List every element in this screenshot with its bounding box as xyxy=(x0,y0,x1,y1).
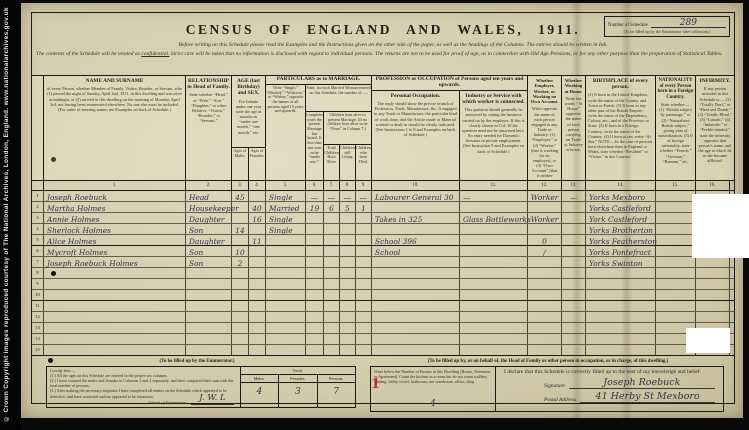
cell-employer: 0 xyxy=(528,235,562,245)
cell-age_m xyxy=(232,301,249,311)
cell-born xyxy=(324,290,340,300)
cell-relationship xyxy=(186,334,232,344)
cell-age_m xyxy=(232,290,249,300)
cell-employer xyxy=(528,279,562,289)
cell-marriage: Single xyxy=(266,213,306,223)
header-relationship-column: RELATIONSHIP to Head of Family. State wh… xyxy=(186,76,232,180)
handwritten-entry: School 396 xyxy=(375,237,417,246)
handwritten-entry: — xyxy=(328,193,335,202)
declaration-text: I declare that this Schedule is correctl… xyxy=(504,369,715,375)
cell-age_m: 2 xyxy=(232,257,249,267)
column-number: 13. xyxy=(562,181,586,190)
handwritten-entry: Daughter xyxy=(189,215,224,224)
cell-born: 6 xyxy=(324,202,340,212)
column-number: 6. xyxy=(306,181,324,190)
header-occupation-group: PROFESSION or OCCUPATION of Persons aged… xyxy=(372,76,528,180)
cell-occupation: School 396 xyxy=(372,235,460,245)
totals-persons-label: Persons. xyxy=(318,375,355,383)
cell-years xyxy=(306,257,324,267)
occupation-group-title: PROFESSION or OCCUPATION of Persons aged… xyxy=(372,76,527,91)
cell-died xyxy=(356,301,372,311)
cell-living xyxy=(340,345,356,355)
cell-industry xyxy=(460,301,528,311)
cell-age_m xyxy=(232,213,249,223)
cell-age_m xyxy=(232,202,249,212)
cell-died xyxy=(356,312,372,322)
cell-living xyxy=(340,213,356,223)
handwritten-entry: Takes in 325 xyxy=(375,215,422,224)
cell-marriage: Single xyxy=(266,191,306,201)
cell-age_f: 16 xyxy=(249,213,266,223)
rooms-cell: Write below the Number of Rooms in this … xyxy=(371,367,496,411)
cell-relationship: Son xyxy=(186,246,232,256)
cell-name: Martha Holmes xyxy=(44,202,186,212)
handwritten-entry: Sherlock Holmes xyxy=(47,226,111,235)
cell-birthplace: Yorks Featherston xyxy=(586,235,656,245)
census-schedule-paper: CENSUS OF ENGLAND AND WALES, 1911. Numbe… xyxy=(21,3,743,418)
cell-industry xyxy=(460,290,528,300)
schedule-rows: 1Joseph RoebuckHead45Single————Labourer … xyxy=(32,191,734,356)
enumerator-section: (To be filled up by the Enumerator.) I c… xyxy=(32,359,362,415)
signature-label: Signature xyxy=(544,383,565,389)
cell-marriage xyxy=(266,235,306,245)
cell-occupation xyxy=(372,345,460,355)
cell-at_home xyxy=(562,246,586,256)
cell-employer: Worker xyxy=(528,191,562,201)
cell-age_f xyxy=(249,312,266,322)
table-row: 6Mycroft HolmesSon10School/Yorks Pontefr… xyxy=(32,246,734,257)
cell-employer xyxy=(528,323,562,333)
cell-age_f xyxy=(249,191,266,201)
column-number: 8. xyxy=(340,181,356,190)
enumerator-box: I certify that:— (1.) All the ages on th… xyxy=(46,366,356,408)
cell-employer xyxy=(528,202,562,212)
cell-nationality xyxy=(656,202,696,212)
cell-name xyxy=(44,301,186,311)
handwritten-entry: Yorks Featherston xyxy=(589,237,657,246)
handwritten-entry: — xyxy=(463,193,470,202)
cell-industry: — xyxy=(460,191,528,201)
cell-years xyxy=(306,334,324,344)
children-born-label: Total Children Born Alive. xyxy=(324,145,340,180)
column-number: 7. xyxy=(324,181,340,190)
handwritten-entry: Mycroft Holmes xyxy=(47,248,107,257)
handwritten-entry: Martha Holmes xyxy=(47,204,105,213)
cell-nationality xyxy=(656,224,696,234)
cell-name xyxy=(44,279,186,289)
cell-employer xyxy=(528,257,562,267)
cell-born: — xyxy=(324,191,340,201)
cell-birthplace xyxy=(586,323,656,333)
cell-living: 5 xyxy=(340,202,356,212)
cell-occupation xyxy=(372,312,460,322)
cell-infirmity xyxy=(696,312,730,322)
cell-age_f xyxy=(249,257,266,267)
cell-at_home xyxy=(562,213,586,223)
cell-occupation xyxy=(372,279,460,289)
table-row: 13 xyxy=(32,323,734,334)
cell-employer xyxy=(528,268,562,278)
cell-at_home xyxy=(562,334,586,344)
totals-table: Total. Males. 4 Females. 3 xyxy=(240,367,355,407)
column-number: 14. xyxy=(586,181,656,190)
totals-males-value: 4 xyxy=(241,383,278,407)
handwritten-entry: School xyxy=(375,248,400,257)
handwritten-entry: 45 xyxy=(235,193,244,202)
column-number: 10. xyxy=(372,181,460,190)
enumerator-initials: J. W. L xyxy=(191,393,233,405)
cell-employer xyxy=(528,312,562,322)
cell-age_f: 40 xyxy=(249,202,266,212)
schedule-number-box: Number of Schedule 289 (To be filled up … xyxy=(604,16,730,37)
cell-died xyxy=(356,235,372,245)
cell-died xyxy=(356,345,372,355)
address-value: 41 Herby St Mexboro xyxy=(580,392,715,403)
handwritten-entry: Yorks Pontefract xyxy=(589,248,651,257)
cell-born xyxy=(324,257,340,267)
cell-marriage xyxy=(266,334,306,344)
cell-occupation xyxy=(372,290,460,300)
cell-years xyxy=(306,213,324,223)
cell-relationship xyxy=(186,312,232,322)
column-title: Whether Employer, Worker, or Working on … xyxy=(528,76,561,105)
cell-born xyxy=(324,312,340,322)
handwritten-entry: 40 xyxy=(252,204,261,213)
instruction-line-2: The contents of the Schedule will be tre… xyxy=(36,51,728,58)
cell-age_m: 10 xyxy=(232,246,249,256)
cell-name xyxy=(44,345,186,355)
column-number: 12. xyxy=(528,181,562,190)
cell-nationality xyxy=(656,235,696,245)
cell-years xyxy=(306,246,324,256)
schedule-number-label: Number of Schedule xyxy=(608,23,648,28)
table-header: NAME AND SURNAME of every Person, whethe… xyxy=(32,75,734,181)
cell-occupation xyxy=(372,202,460,212)
cell-birthplace xyxy=(586,290,656,300)
cell-living xyxy=(340,235,356,245)
cell-employer xyxy=(528,290,562,300)
cell-birthplace: Yorks Swinton xyxy=(586,257,656,267)
cell-born xyxy=(324,268,340,278)
cell-relationship xyxy=(186,345,232,355)
cell-living xyxy=(340,224,356,234)
enumerator-caption: (To be filled up by the Enumerator.) xyxy=(32,359,362,364)
schedule-number-note: (To be filled up by the Enumerator after… xyxy=(608,29,726,34)
cell-living xyxy=(340,279,356,289)
totals-title: Total. xyxy=(241,367,355,375)
cell-marriage: Single xyxy=(266,224,306,234)
cell-nationality xyxy=(656,301,696,311)
row-number: 7 xyxy=(32,257,44,267)
handwritten-entry: 11 xyxy=(252,237,261,246)
row-number: 5 xyxy=(32,235,44,245)
table-row: 5Alice HolmesDaughter11School 3960Yorks … xyxy=(32,235,734,246)
cell-age_m xyxy=(232,279,249,289)
handwritten-entry: Daughter xyxy=(189,237,224,246)
handwritten-entry: 1 xyxy=(361,204,366,213)
handwritten-entry: Single xyxy=(269,193,293,202)
rooms-value: 4 xyxy=(430,399,436,410)
column-number-row: 1.2.3.4.5.6.7.8.9.10.11.12.13.14.15.16. xyxy=(32,181,734,191)
children-note: Children born alive to present Marriage.… xyxy=(324,112,371,145)
row-number: 3 xyxy=(32,213,44,223)
table-row: 7Joseph Roebuck HolmesSon2Yorks Swinton xyxy=(32,257,734,268)
cell-at_home xyxy=(562,301,586,311)
cell-marriage xyxy=(266,345,306,355)
age-females-label: Ages of Females. xyxy=(249,148,265,180)
column-title: BIRTHPLACE of every person. xyxy=(586,76,655,91)
cell-age_m xyxy=(232,334,249,344)
handwritten-entry: 0 xyxy=(542,237,547,246)
schedule-frame: CENSUS OF ENGLAND AND WALES, 1911. Numbe… xyxy=(31,12,735,404)
column-note: (1) If born in the United Kingdom, write… xyxy=(586,91,655,160)
cell-age_f xyxy=(249,290,266,300)
cell-living xyxy=(340,268,356,278)
handwritten-entry: 16 xyxy=(252,215,261,224)
cell-years xyxy=(306,345,324,355)
cell-born xyxy=(324,235,340,245)
cell-born xyxy=(324,279,340,289)
cell-marriage xyxy=(266,312,306,322)
confidential-prefix: The contents of the Schedule will be tre… xyxy=(36,51,141,57)
cell-name: Joseph Roebuck xyxy=(44,191,186,201)
cell-relationship: Son xyxy=(186,224,232,234)
cell-employer: / xyxy=(528,246,562,256)
cell-died xyxy=(356,323,372,333)
cell-died xyxy=(356,290,372,300)
table-row: 14 xyxy=(32,334,734,345)
cell-occupation: Labourer General 30 xyxy=(372,191,460,201)
column-number: 16. xyxy=(696,181,730,190)
cell-age_m xyxy=(232,235,249,245)
cell-age_m: 14 xyxy=(232,224,249,234)
cell-industry xyxy=(460,257,528,267)
table-row: 11 xyxy=(32,301,734,312)
handwritten-entry: 5 xyxy=(345,204,350,213)
totals-females-value: 3 xyxy=(279,383,316,407)
handwritten-entry: Yorks Brotherton xyxy=(589,226,653,235)
cell-born xyxy=(324,323,340,333)
handwritten-entry: 10 xyxy=(235,248,244,257)
copyright-text: © Crown Copyright images reproduced cour… xyxy=(3,8,10,422)
column-number: 4. xyxy=(249,181,266,190)
table-row: 2Martha HolmesHousekeeper40Married19651Y… xyxy=(32,202,734,213)
cell-at_home xyxy=(562,312,586,322)
cell-relationship: Daughter xyxy=(186,213,232,223)
cell-industry xyxy=(460,268,528,278)
cell-industry xyxy=(460,345,528,355)
totals-males-label: Males. xyxy=(241,375,278,383)
column-note: Write opposite the name of each person e… xyxy=(528,105,561,180)
cell-died xyxy=(356,268,372,278)
cell-died: 1 xyxy=(356,202,372,212)
cell-industry xyxy=(460,312,528,322)
cell-years xyxy=(306,312,324,322)
cell-nationality xyxy=(656,279,696,289)
header-nationality-column: NATIONALITY of every Person born in a Fo… xyxy=(656,76,696,180)
cell-years xyxy=(306,323,324,333)
handwritten-entry: Head xyxy=(189,193,209,202)
column-note: For Infants under one year state the age… xyxy=(232,98,265,147)
column-title: NAME AND SURNAME xyxy=(44,76,185,85)
row-number: 11 xyxy=(32,301,44,311)
column-title: Personal Occupation. xyxy=(372,91,459,100)
cell-living xyxy=(340,323,356,333)
handwritten-entry: Joseph Roebuck xyxy=(47,193,107,202)
cell-name: Mycroft Holmes xyxy=(44,246,186,256)
householder-section: (To be filled up by, or on behalf of, th… xyxy=(362,359,734,415)
cell-living: — xyxy=(340,191,356,201)
certification-section: (To be filled up by the Enumerator.) I c… xyxy=(32,356,734,415)
cell-birthplace xyxy=(586,345,656,355)
handwritten-entry: — xyxy=(311,193,318,202)
column-title: Industry or Service with which worker is… xyxy=(460,91,527,106)
cell-name: Annie Holmes xyxy=(44,213,186,223)
cell-age_m xyxy=(232,268,249,278)
cell-industry xyxy=(460,224,528,234)
header-rownum-column xyxy=(32,76,44,180)
row-number: 2 xyxy=(32,202,44,212)
cell-occupation xyxy=(372,224,460,234)
cell-born xyxy=(324,345,340,355)
cell-relationship xyxy=(186,290,232,300)
cell-birthplace xyxy=(586,301,656,311)
certify-item-2: (2.) I have counted the males and female… xyxy=(50,378,237,388)
handwritten-entry: Glass Bottleworks xyxy=(463,215,531,224)
cell-born xyxy=(324,213,340,223)
rooms-note: Write below the Number of Rooms in this … xyxy=(374,369,491,384)
column-title: NATIONALITY of every Person born in a Fo… xyxy=(656,76,695,101)
scan-redaction-patch xyxy=(692,194,749,258)
handwritten-entry: Son xyxy=(189,226,203,235)
column-note: Write the words “At Home” opposite the n… xyxy=(562,95,585,154)
cell-died xyxy=(356,224,372,234)
column-number: 2. xyxy=(186,181,232,190)
column-note: State whether “Head,” or “Wife,” “Son,” … xyxy=(186,91,231,124)
cell-infirmity xyxy=(696,257,730,267)
handwritten-entry: Joseph Roebuck Holmes xyxy=(47,259,138,268)
row-number: 1 xyxy=(32,191,44,201)
header-infirmity-column: INFIRMITY. If any person included in thi… xyxy=(696,76,734,180)
cell-years xyxy=(306,301,324,311)
cell-birthplace xyxy=(586,334,656,344)
cell-nationality xyxy=(656,312,696,322)
cell-born xyxy=(324,301,340,311)
cell-industry: Glass Bottleworks xyxy=(460,213,528,223)
cell-marriage: Married xyxy=(266,202,306,212)
handwritten-entry: Son xyxy=(189,259,203,268)
signature-value: Joseph Roebuck xyxy=(569,378,715,389)
cell-at_home xyxy=(562,257,586,267)
cell-marriage xyxy=(266,268,306,278)
table-row: 9 xyxy=(32,279,734,290)
cell-occupation: School xyxy=(372,246,460,256)
cell-age_f xyxy=(249,224,266,234)
handwritten-entry: 6 xyxy=(329,204,334,213)
cell-age_m xyxy=(232,323,249,333)
cell-employer xyxy=(528,334,562,344)
handwritten-entry: Labourer General 30 xyxy=(375,193,454,202)
cell-years xyxy=(306,235,324,245)
header-age-column: AGE (last Birthday) and SEX. For Infants… xyxy=(232,76,266,180)
cell-age_m: 45 xyxy=(232,191,249,201)
instruction-line-1: Before writing on this Schedule please r… xyxy=(92,42,694,48)
cell-at_home xyxy=(562,345,586,355)
column-number: 11. xyxy=(460,181,528,190)
cell-name xyxy=(44,323,186,333)
handwritten-entry: Son xyxy=(189,248,203,257)
cell-living xyxy=(340,246,356,256)
cell-age_f xyxy=(249,279,266,289)
cell-relationship: Son xyxy=(186,257,232,267)
cell-years xyxy=(306,290,324,300)
cell-at_home xyxy=(562,323,586,333)
row-number: 15 xyxy=(32,345,44,355)
cell-name xyxy=(44,290,186,300)
cell-age_f: 11 xyxy=(249,235,266,245)
marriage-years-note: Completed years the present Marriage has… xyxy=(306,112,324,180)
cell-nationality xyxy=(656,290,696,300)
row-number: 8 xyxy=(32,268,44,278)
cell-years: — xyxy=(306,191,324,201)
cell-at_home xyxy=(562,290,586,300)
copyright-strip: © Crown Copyright images reproduced cour… xyxy=(0,0,21,430)
row-number: 10 xyxy=(32,290,44,300)
handwritten-entry: Yorks Mexboro xyxy=(589,193,645,202)
cell-living xyxy=(340,257,356,267)
cell-industry xyxy=(460,246,528,256)
cell-nationality xyxy=(656,246,696,256)
cell-at_home xyxy=(562,224,586,234)
header-marriage-group: PARTICULARS as to MARRIAGE. Write “Singl… xyxy=(266,76,372,180)
column-note: State whether:— (1) “British subject by … xyxy=(656,101,695,165)
handwritten-entry: Single xyxy=(269,226,293,235)
cell-employer xyxy=(528,345,562,355)
householder-box: Write below the Number of Rooms in this … xyxy=(370,366,724,412)
cell-years xyxy=(306,279,324,289)
cell-age_f xyxy=(249,246,266,256)
handwritten-entry: Yorks Swinton xyxy=(589,259,643,268)
cell-relationship: Housekeeper xyxy=(186,202,232,212)
cell-age_f xyxy=(249,268,266,278)
cell-industry xyxy=(460,323,528,333)
cell-died xyxy=(356,279,372,289)
column-note: The reply should show the precise branch… xyxy=(372,100,459,138)
cell-relationship xyxy=(186,301,232,311)
cell-died: — xyxy=(356,191,372,201)
cell-died xyxy=(356,213,372,223)
handwritten-entry: 2 xyxy=(238,259,243,268)
cell-birthplace xyxy=(586,268,656,278)
cell-birthplace: Yorks Castleford xyxy=(586,202,656,212)
cell-born xyxy=(324,334,340,344)
table-row: 4Sherlock HolmesSon14SingleYorks Brother… xyxy=(32,224,734,235)
cell-nationality xyxy=(656,213,696,223)
children-living-label: Children still Living. xyxy=(340,145,356,180)
marriage-group-title: PARTICULARS as to MARRIAGE. xyxy=(266,76,371,85)
children-died-label: Children who have Died. xyxy=(356,145,371,180)
cell-marriage xyxy=(266,290,306,300)
handwritten-entry: — xyxy=(344,193,351,202)
column-title: AGE (last Birthday) and SEX. xyxy=(232,76,265,98)
cell-industry xyxy=(460,235,528,245)
cell-at_home xyxy=(562,235,586,245)
cell-industry xyxy=(460,334,528,344)
cell-relationship xyxy=(186,268,232,278)
declaration-cell: I declare that this Schedule is correctl… xyxy=(496,367,723,411)
cell-age_f xyxy=(249,345,266,355)
cell-marriage xyxy=(266,279,306,289)
